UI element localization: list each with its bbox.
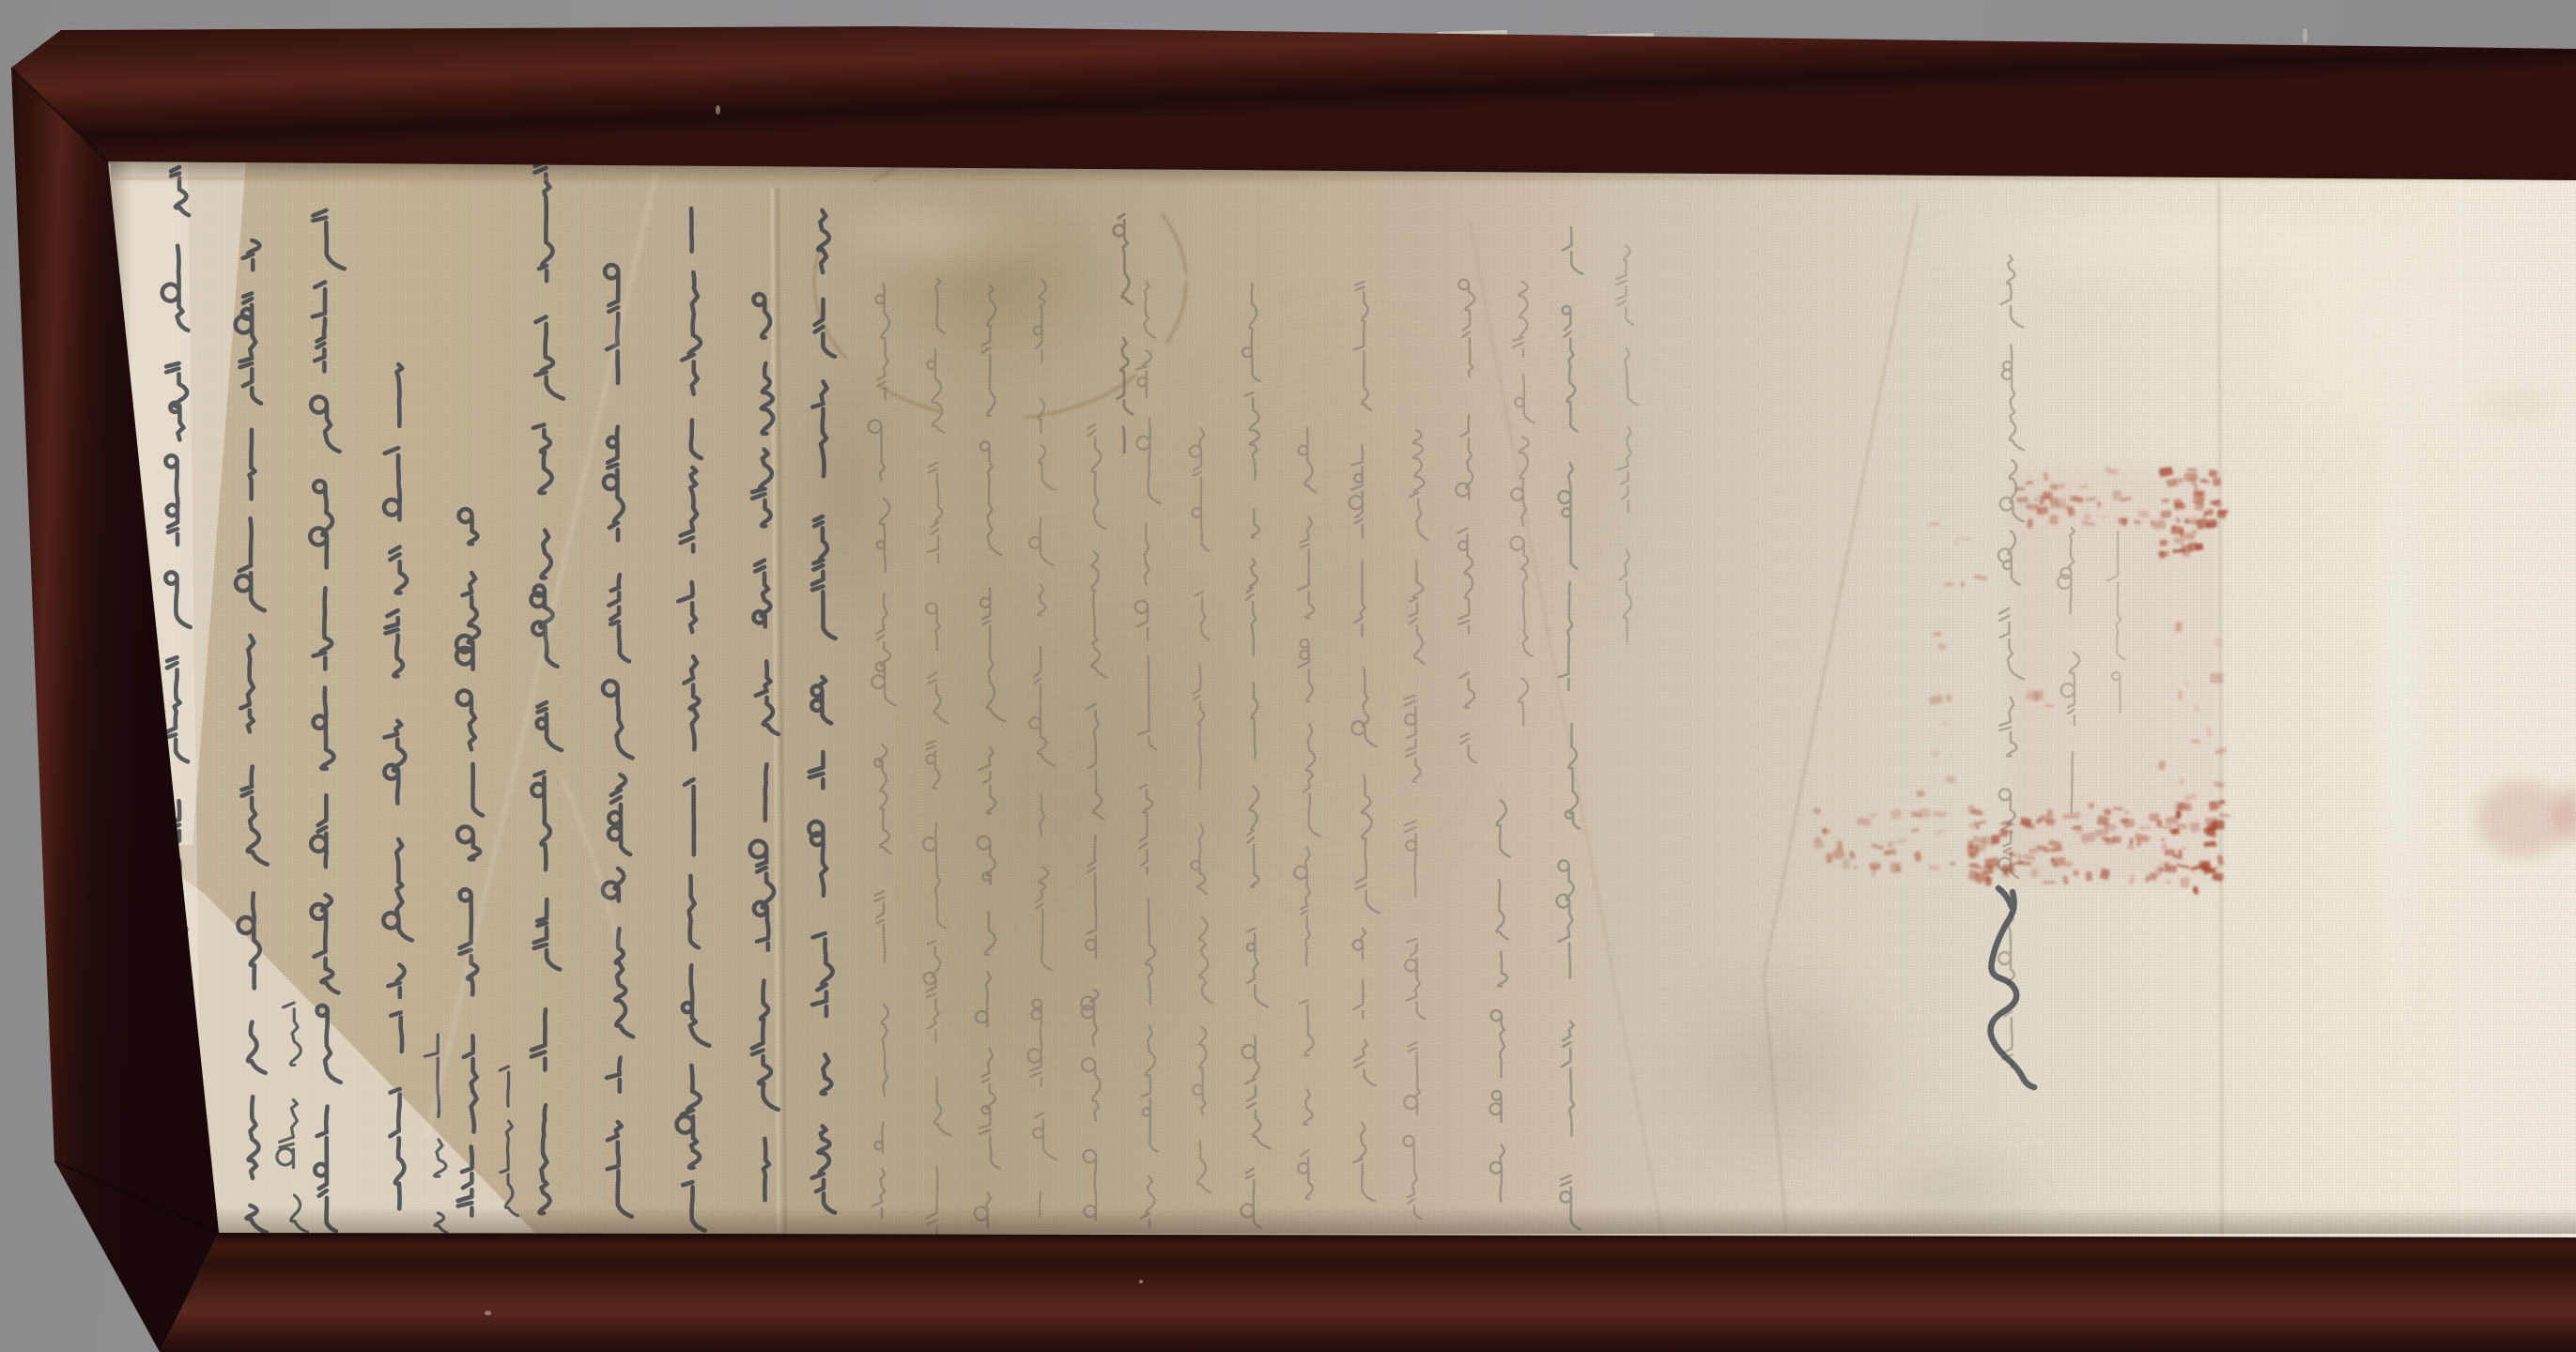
frame-shadow: [169, 1207, 2576, 1234]
metal-hanging-clip: [1584, 33, 1655, 57]
manuscript-panel: [0, 0, 2576, 1352]
metal-hanging-clip: [1434, 30, 1508, 54]
framed-manuscript-photo: [0, 0, 2576, 1352]
frame-contact-shadows: [0, 0, 2576, 1352]
metal-clip-tab: [1650, 46, 1664, 58]
metal-clip-tab: [1504, 43, 1519, 55]
